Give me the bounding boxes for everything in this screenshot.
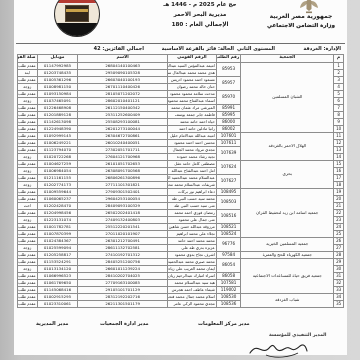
- mobile-cell: 01204998456: [37, 210, 78, 217]
- relation-cell: مقدم طلب: [18, 294, 38, 301]
- national-id-cell: 26806261300896: [78, 175, 168, 182]
- national-id-cell: 29509090105328: [78, 70, 168, 77]
- association-cell: جمعية الكهرباء للحج والعمرة: [241, 252, 334, 259]
- table-row: 29جمعية فريق حياة للمساعدات الاجتماعية86…: [18, 259, 344, 266]
- national-id-cell: 26304672700861: [78, 133, 168, 140]
- name-cell: امل احمد عبدالفتاح عبدالله: [167, 168, 216, 175]
- row-number-cell: 24: [334, 224, 344, 231]
- table-row: 28جمعية الكهرباء للحج والعمرة97584اشرف ن…: [18, 252, 344, 259]
- mobile-cell: 01061769650: [37, 280, 78, 287]
- name-cell: مرزوقة عبدالله حسن شاهين: [167, 224, 216, 231]
- relation-cell: مقدم طلب: [18, 252, 38, 259]
- status-label: الحالة: فائز بالقرعة الاساسية: [162, 46, 234, 52]
- name-cell: دعاء ابراهيم نور بركات: [167, 189, 216, 196]
- national-id-cell: 28312192202716: [78, 294, 168, 301]
- level-label: المستوى الثاني: [237, 46, 275, 52]
- relation-cell: مقدم طلب: [18, 126, 38, 133]
- national-id-cell: 26601011239224: [78, 266, 168, 273]
- relation-cell: زوجة: [18, 217, 38, 224]
- signature-scribble-icon: [246, 339, 310, 359]
- country-title: جمهورية مصر العربية: [255, 13, 347, 20]
- association-cell: جمعية فريق حياة للمساعدات الاجتماعية: [241, 259, 334, 294]
- mobile-cell: 01006249221: [37, 140, 78, 147]
- request-number-cell: 85991: [216, 105, 240, 112]
- mobile-cell: 01009559644: [37, 189, 78, 196]
- row-number-cell: 9: [334, 119, 344, 126]
- request-number-cell: 86058: [216, 273, 240, 280]
- name-cell: مصطفى كامل حامد عقل: [167, 161, 216, 168]
- relation-cell: مقدم طلب: [18, 231, 38, 238]
- document-page: جمهورية مصر العربية وزارة التضامن الاجتم…: [14, 0, 347, 355]
- request-number-cell: 108495: [216, 189, 240, 196]
- row-number-cell: 33: [334, 287, 344, 294]
- mobile-cell: 01145068416: [37, 287, 78, 294]
- mobile-cell: 01002915295: [37, 294, 78, 301]
- mobile-cell: 01004627259: [37, 161, 78, 168]
- relation-cell: زوجة: [18, 266, 38, 273]
- request-number-cell: 86054: [216, 259, 240, 273]
- national-id-cell: 28602010401121: [78, 98, 168, 105]
- request-number-cell: 86000: [216, 119, 240, 126]
- name-cell: هدى محمد محمد عبدالعال سلامة: [167, 70, 216, 77]
- row-number-cell: 15: [334, 161, 344, 168]
- row-number-cell: 21: [334, 203, 344, 210]
- mobile-cell: 01060065237: [37, 196, 78, 203]
- national-id-cell: 28105071202072: [78, 91, 168, 98]
- mobile-cell: 01142613098: [37, 119, 78, 126]
- relation-cell: مقدم طلب: [18, 196, 38, 203]
- name-cell: حياة احمد حامد محمد: [167, 119, 216, 126]
- national-id-cell: 27709163100085: [78, 280, 168, 287]
- row-number-cell: 29: [334, 259, 344, 266]
- relation-cell: زوجة: [18, 168, 38, 175]
- request-number-cell: 108521: [216, 224, 240, 231]
- mobile-cell: 01008981150: [37, 84, 78, 91]
- row-number-cell: 12: [334, 140, 344, 147]
- name-cell: عزيزة بدري طه علي: [167, 245, 216, 252]
- name-cell: شيماء عاطف احمد هجرس: [167, 287, 216, 294]
- name-cell: محسن احمد احمد محمود: [167, 140, 216, 147]
- name-cell: محمد سيد حسب النبي طه: [167, 196, 216, 203]
- national-id-cell: 27410192701312: [78, 252, 168, 259]
- name-cell: عبدالسلام محمد عبدالحميد السعودي: [167, 175, 216, 182]
- request-number-cell: 85970: [216, 91, 240, 105]
- association-cell: الشبان المسلمين: [241, 63, 334, 133]
- mobile-cell: 01223131074: [37, 217, 78, 224]
- name-cell: حنان خالد محمد رضوان: [167, 84, 216, 91]
- mobile-cell: 01123794070: [37, 147, 78, 154]
- request-number-cell: 107601: [216, 133, 240, 140]
- row-number-cell: 8: [334, 112, 344, 119]
- relation-cell: مقدم طلب: [18, 161, 38, 168]
- row-number-cell: 6: [334, 98, 344, 105]
- request-number-cell: 86002: [216, 126, 240, 133]
- mobile-cell: 01202428470: [37, 203, 78, 210]
- relation-cell: ابنة: [18, 70, 38, 77]
- request-number-cell: 107639: [216, 147, 240, 161]
- national-id-cell: 27409132400803: [78, 217, 168, 224]
- national-id-cell: 25512220201541: [78, 224, 168, 231]
- association-cell: جمعية اسامه ابن زيد لتحفيظ القران: [241, 189, 334, 238]
- association-cell: الهلال الاحمر بالغردقة: [241, 133, 334, 161]
- winners-total-label: اجمالي الفائزين: 42: [94, 46, 144, 52]
- national-id-cell: 26201273100044: [78, 126, 168, 133]
- request-number-cell: 108516: [216, 210, 240, 224]
- header-divider: [16, 43, 345, 44]
- national-id-cell: 28611132702581: [78, 245, 168, 252]
- row-number-cell: 26: [334, 238, 344, 245]
- national-id-cell: 27909301502401: [78, 189, 168, 196]
- request-number-cell: 85995: [216, 112, 240, 119]
- name-cell: هبة سيد عبدالسلام محمد: [167, 280, 216, 287]
- document-title-block: حج عام 2025 م - 1446 هـ مديرية البحر الا…: [144, 1, 256, 30]
- relation-cell: مقدم طلب: [18, 77, 38, 84]
- national-id-cell: 27711101301821: [78, 182, 168, 189]
- name-cell: اسماء عبدالفتاح محمد محمود: [167, 98, 216, 105]
- request-number-cell: 108524: [216, 231, 240, 238]
- name-cell: امينة عبدالله عبدالامام خليل: [167, 133, 216, 140]
- name-cell: نجية رشاد محمد حمودة: [167, 154, 216, 161]
- row-number-cell: 13: [334, 147, 344, 154]
- national-id-cell: 27011020101907: [78, 231, 168, 238]
- row-number-cell: 14: [334, 154, 344, 161]
- mobile-cell: 01037465091: [37, 98, 78, 105]
- national-id-cell: 29105101701129: [78, 287, 168, 294]
- mobile-cell: 01020722268: [37, 154, 78, 161]
- national-id-cell: 29604253100054: [78, 196, 168, 203]
- row-number-cell: 28: [334, 252, 344, 259]
- relation-cell: مقدم طلب: [18, 238, 38, 245]
- ministry-title: وزارة التضامن الاجتماعي: [255, 22, 347, 30]
- row-number-cell: 27: [334, 245, 344, 252]
- relation-cell: مقدم طلب: [18, 210, 38, 217]
- mobile-cell: 01013134120: [37, 266, 78, 273]
- national-id-cell: 28410202704025: [78, 273, 168, 280]
- request-number-cell: 119002: [216, 287, 240, 294]
- national-id-cell: 27604121700968: [78, 154, 168, 161]
- mobile-cell: 01005361296: [37, 77, 78, 84]
- name-cell: نجلاء علي محمد ابراهيم: [167, 231, 216, 238]
- name-cell: مجدي محمود الزكي عامر: [167, 301, 216, 308]
- national-id-cell: 25311252600409: [78, 112, 168, 119]
- national-id-cell: 26101051702653: [78, 161, 168, 168]
- national-id-cell: 28405251200756: [78, 259, 168, 266]
- name-cell: منى جمال علي محمود: [167, 217, 216, 224]
- row-number-cell: 19: [334, 189, 344, 196]
- row-number-cell: 16: [334, 168, 344, 175]
- row-number-cell: 7: [334, 105, 344, 112]
- relation-cell: مقدم طلب: [18, 119, 38, 126]
- table-row: 26جمعية المسلمين الخيرية96776محمد محمد ا…: [18, 238, 344, 245]
- row-number-cell: 22: [334, 210, 344, 217]
- row-number-cell: 3: [334, 77, 344, 84]
- column-header: م: [334, 55, 344, 63]
- name-cell: اسراء امبارك عبدالرحيم ريان: [167, 273, 216, 280]
- column-header: صلة القرابة: [18, 55, 38, 63]
- winners-table-wrap: مالجمعيةرقم الطلبالرقم القوميالاسمموبايل…: [17, 54, 344, 308]
- relation-cell: مقدم طلب: [18, 280, 38, 287]
- relation-cell: مقدم طلب: [18, 224, 38, 231]
- national-id-cell: 28409093100329: [78, 203, 168, 210]
- national-id-cell: 26211301501179: [78, 301, 168, 308]
- association-cell: جمعية المسلمين الخيرية: [241, 238, 334, 252]
- table-row: 34شباب الغردقة108530اسلام محمد جمال محمد…: [18, 294, 344, 301]
- national-id-cell: 26603040100193: [78, 77, 168, 84]
- name-cell: فاطمة جابر جمعة يوسف: [167, 112, 216, 119]
- row-number-cell: 10: [334, 126, 344, 133]
- table-row: 1الشبان المسلمين85953اميمة عبدالمؤمن الس…: [18, 63, 344, 70]
- column-header: الرقم القومي: [167, 55, 216, 63]
- table-row: 19جمعية اسامه ابن زيد لتحفيظ القران10849…: [18, 189, 344, 196]
- national-id-cell: 26308091700568: [78, 168, 168, 175]
- mobile-cell: 01006984054: [37, 168, 78, 175]
- row-number-cell: 17: [334, 175, 344, 182]
- name-cell: الميرغني مراد عثمان محمد: [167, 105, 216, 112]
- mobile-cell: 01202774173: [37, 182, 78, 189]
- name-cell: رمضان فوزي احمد محمد: [167, 210, 216, 217]
- mobile-cell: 01224948390: [37, 126, 78, 133]
- relation-cell: زوجة: [18, 182, 38, 189]
- row-number-cell: 30: [334, 266, 344, 273]
- association-cell: بحري: [241, 161, 334, 189]
- name-cell: شريفات عبدالسلام محمد محمد: [167, 182, 216, 189]
- relation-cell: زوجة: [18, 245, 38, 252]
- mobile-cell: 01066996523: [37, 273, 78, 280]
- request-number-cell: 107581: [216, 280, 240, 287]
- mobile-cell: 01001782781: [37, 224, 78, 231]
- row-number-cell: 4: [334, 84, 344, 91]
- request-number-cell: 85953: [216, 63, 240, 77]
- national-id-cell: 26502202401418: [78, 210, 168, 217]
- national-id-cell: 27302051701711: [78, 147, 168, 154]
- table-row: 15بحري107624مصطفى كامل حامد عقل261010517…: [18, 161, 344, 168]
- row-number-cell: 20: [334, 196, 344, 203]
- directorate-line: مديرية البحر الاحمر: [144, 11, 256, 21]
- association-cell: شباب الغردقة: [241, 294, 334, 308]
- row-number-cell: 35: [334, 301, 344, 308]
- request-number-cell: 107611: [216, 140, 240, 147]
- name-cell: اسلام محمد جمال محمد فتحي متولي: [167, 294, 216, 301]
- column-header: الجمعية: [241, 55, 334, 63]
- request-number-cell: 97584: [216, 252, 240, 259]
- national-id-cell: 26701110400426: [78, 84, 168, 91]
- request-number-cell: 108530: [216, 294, 240, 301]
- national-id-cell: 25508293100081: [78, 119, 168, 126]
- national-id-cell: 26010240400051: [78, 140, 168, 147]
- column-header: الاسم: [78, 55, 168, 63]
- relation-cell: مقدم طلب: [18, 63, 38, 70]
- kaaba-hajj-logo-icon: [54, 0, 100, 37]
- winners-table: مالجمعيةرقم الطلبالرقم القوميالاسمموبايل…: [17, 54, 344, 308]
- directorate-director-signline: مدير المديرية: [36, 321, 68, 327]
- row-number-cell: 11: [334, 133, 344, 140]
- mobile-cell: 01153524291: [37, 259, 78, 266]
- relation-cell: مقدم طلب: [18, 91, 38, 98]
- relation-cell: زوجة: [18, 84, 38, 91]
- name-cell: اميمة عبدالمؤمن السيد عبدالعال: [167, 63, 216, 70]
- row-number-cell: 32: [334, 280, 344, 287]
- grand-total-line: الإجمالي العام : 180: [144, 21, 256, 31]
- associations-director-signline: مدير ادارة الجمعيات: [100, 321, 149, 327]
- mobile-cell: 01203748435: [37, 70, 78, 77]
- request-number-cell: 107627: [216, 175, 240, 189]
- mobile-cell: 01024384367: [37, 238, 78, 245]
- relation-cell: زوجة: [18, 154, 38, 161]
- name-cell: اشرف نجاح بدوي محمود: [167, 252, 216, 259]
- info-center-director-signline: مدير مركز المعلومات: [198, 321, 250, 327]
- row-number-cell: 25: [334, 231, 344, 238]
- request-number-cell: 85957: [216, 77, 240, 91]
- column-header: موبايل: [37, 55, 78, 63]
- row-number-cell: 1: [334, 63, 344, 70]
- relation-cell: زوجة: [18, 98, 38, 105]
- national-id-cell: 26112150400342: [78, 105, 168, 112]
- request-number-cell: 107624: [216, 161, 240, 175]
- relation-cell: مقدم طلب: [18, 273, 38, 280]
- relation-cell: مقدم طلب: [18, 259, 38, 266]
- row-number-cell: 2: [334, 70, 344, 77]
- column-header: رقم الطلب: [216, 55, 240, 63]
- name-cell: مدحت سلامة محمود محمود: [167, 91, 216, 98]
- national-id-cell: 26804140100463: [78, 63, 168, 70]
- mobile-cell: 01023310061: [37, 301, 78, 308]
- table-header-row: مالجمعيةرقم الطلبالرقم القوميالاسمموبايل…: [18, 55, 344, 63]
- request-number-cell: 108503: [216, 196, 240, 210]
- name-cell: محمد صبري محمد عبدالحميد بدوي: [167, 259, 216, 266]
- table-body: 1الشبان المسلمين85953اميمة عبدالمؤمن الس…: [18, 63, 344, 308]
- administration-label: الإدارة: الغردقة: [303, 46, 341, 52]
- row-number-cell: 31: [334, 273, 344, 280]
- relation-cell: مقدم طلب: [18, 301, 38, 308]
- table-row: 11الهلال الاحمر بالغردقة107601امينة عبدا…: [18, 133, 344, 140]
- request-number-cell: 108536: [216, 301, 240, 308]
- mobile-cell: 01007870399: [37, 231, 78, 238]
- national-id-cell: 26301212700491: [78, 238, 168, 245]
- name-cell: محمد محمد احمد حامد: [167, 238, 216, 245]
- name-cell: مسعود احمد محمود ادريس: [167, 77, 216, 84]
- relation-cell: مقدم طلب: [18, 189, 38, 196]
- relation-cell: مقدم طلب: [18, 147, 38, 154]
- relation-cell: اخت: [18, 203, 38, 210]
- executive-director-signline: المدير التنفيذي للمؤسسة: [269, 333, 326, 338]
- row-number-cell: 23: [334, 217, 344, 224]
- mobile-cell: 01211161155: [37, 175, 78, 182]
- mobile-cell: 01092999145: [37, 133, 78, 140]
- name-cell: مجدي مرواد محمد الجمال: [167, 147, 216, 154]
- request-number-cell: 96776: [216, 238, 240, 252]
- mobile-cell: 01093150984: [37, 91, 78, 98]
- hajj-year-line: حج عام 2025 م - 1446 هـ: [144, 1, 256, 11]
- relation-cell: مقدم طلب: [18, 112, 38, 119]
- mobile-cell: 01025599094: [37, 245, 78, 252]
- name-cell: ايمان محمد الغريب علي زيادي: [167, 266, 216, 273]
- row-number-cell: 34: [334, 294, 344, 301]
- egypt-eagle-emblem-icon: [299, 0, 319, 14]
- relation-cell: مقدم طلب: [18, 133, 38, 140]
- relation-cell: مقدم طلب: [18, 140, 38, 147]
- name-cell: رانيا مادلين حامد احمد: [167, 126, 216, 133]
- row-number-cell: 5: [334, 91, 344, 98]
- name-cell: منى سيد حسب النبي طه: [167, 203, 216, 210]
- mobile-cell: 01147992985: [37, 63, 78, 70]
- mobile-cell: 01226468908: [37, 105, 78, 112]
- mobile-cell: 01201889128: [37, 112, 78, 119]
- relation-cell: مقدم طلب: [18, 175, 38, 182]
- relation-cell: مقدم طلب: [18, 287, 38, 294]
- mobile-cell: 01205258817: [37, 252, 78, 259]
- row-number-cell: 18: [334, 182, 344, 189]
- relation-cell: مقدم طلب: [18, 105, 38, 112]
